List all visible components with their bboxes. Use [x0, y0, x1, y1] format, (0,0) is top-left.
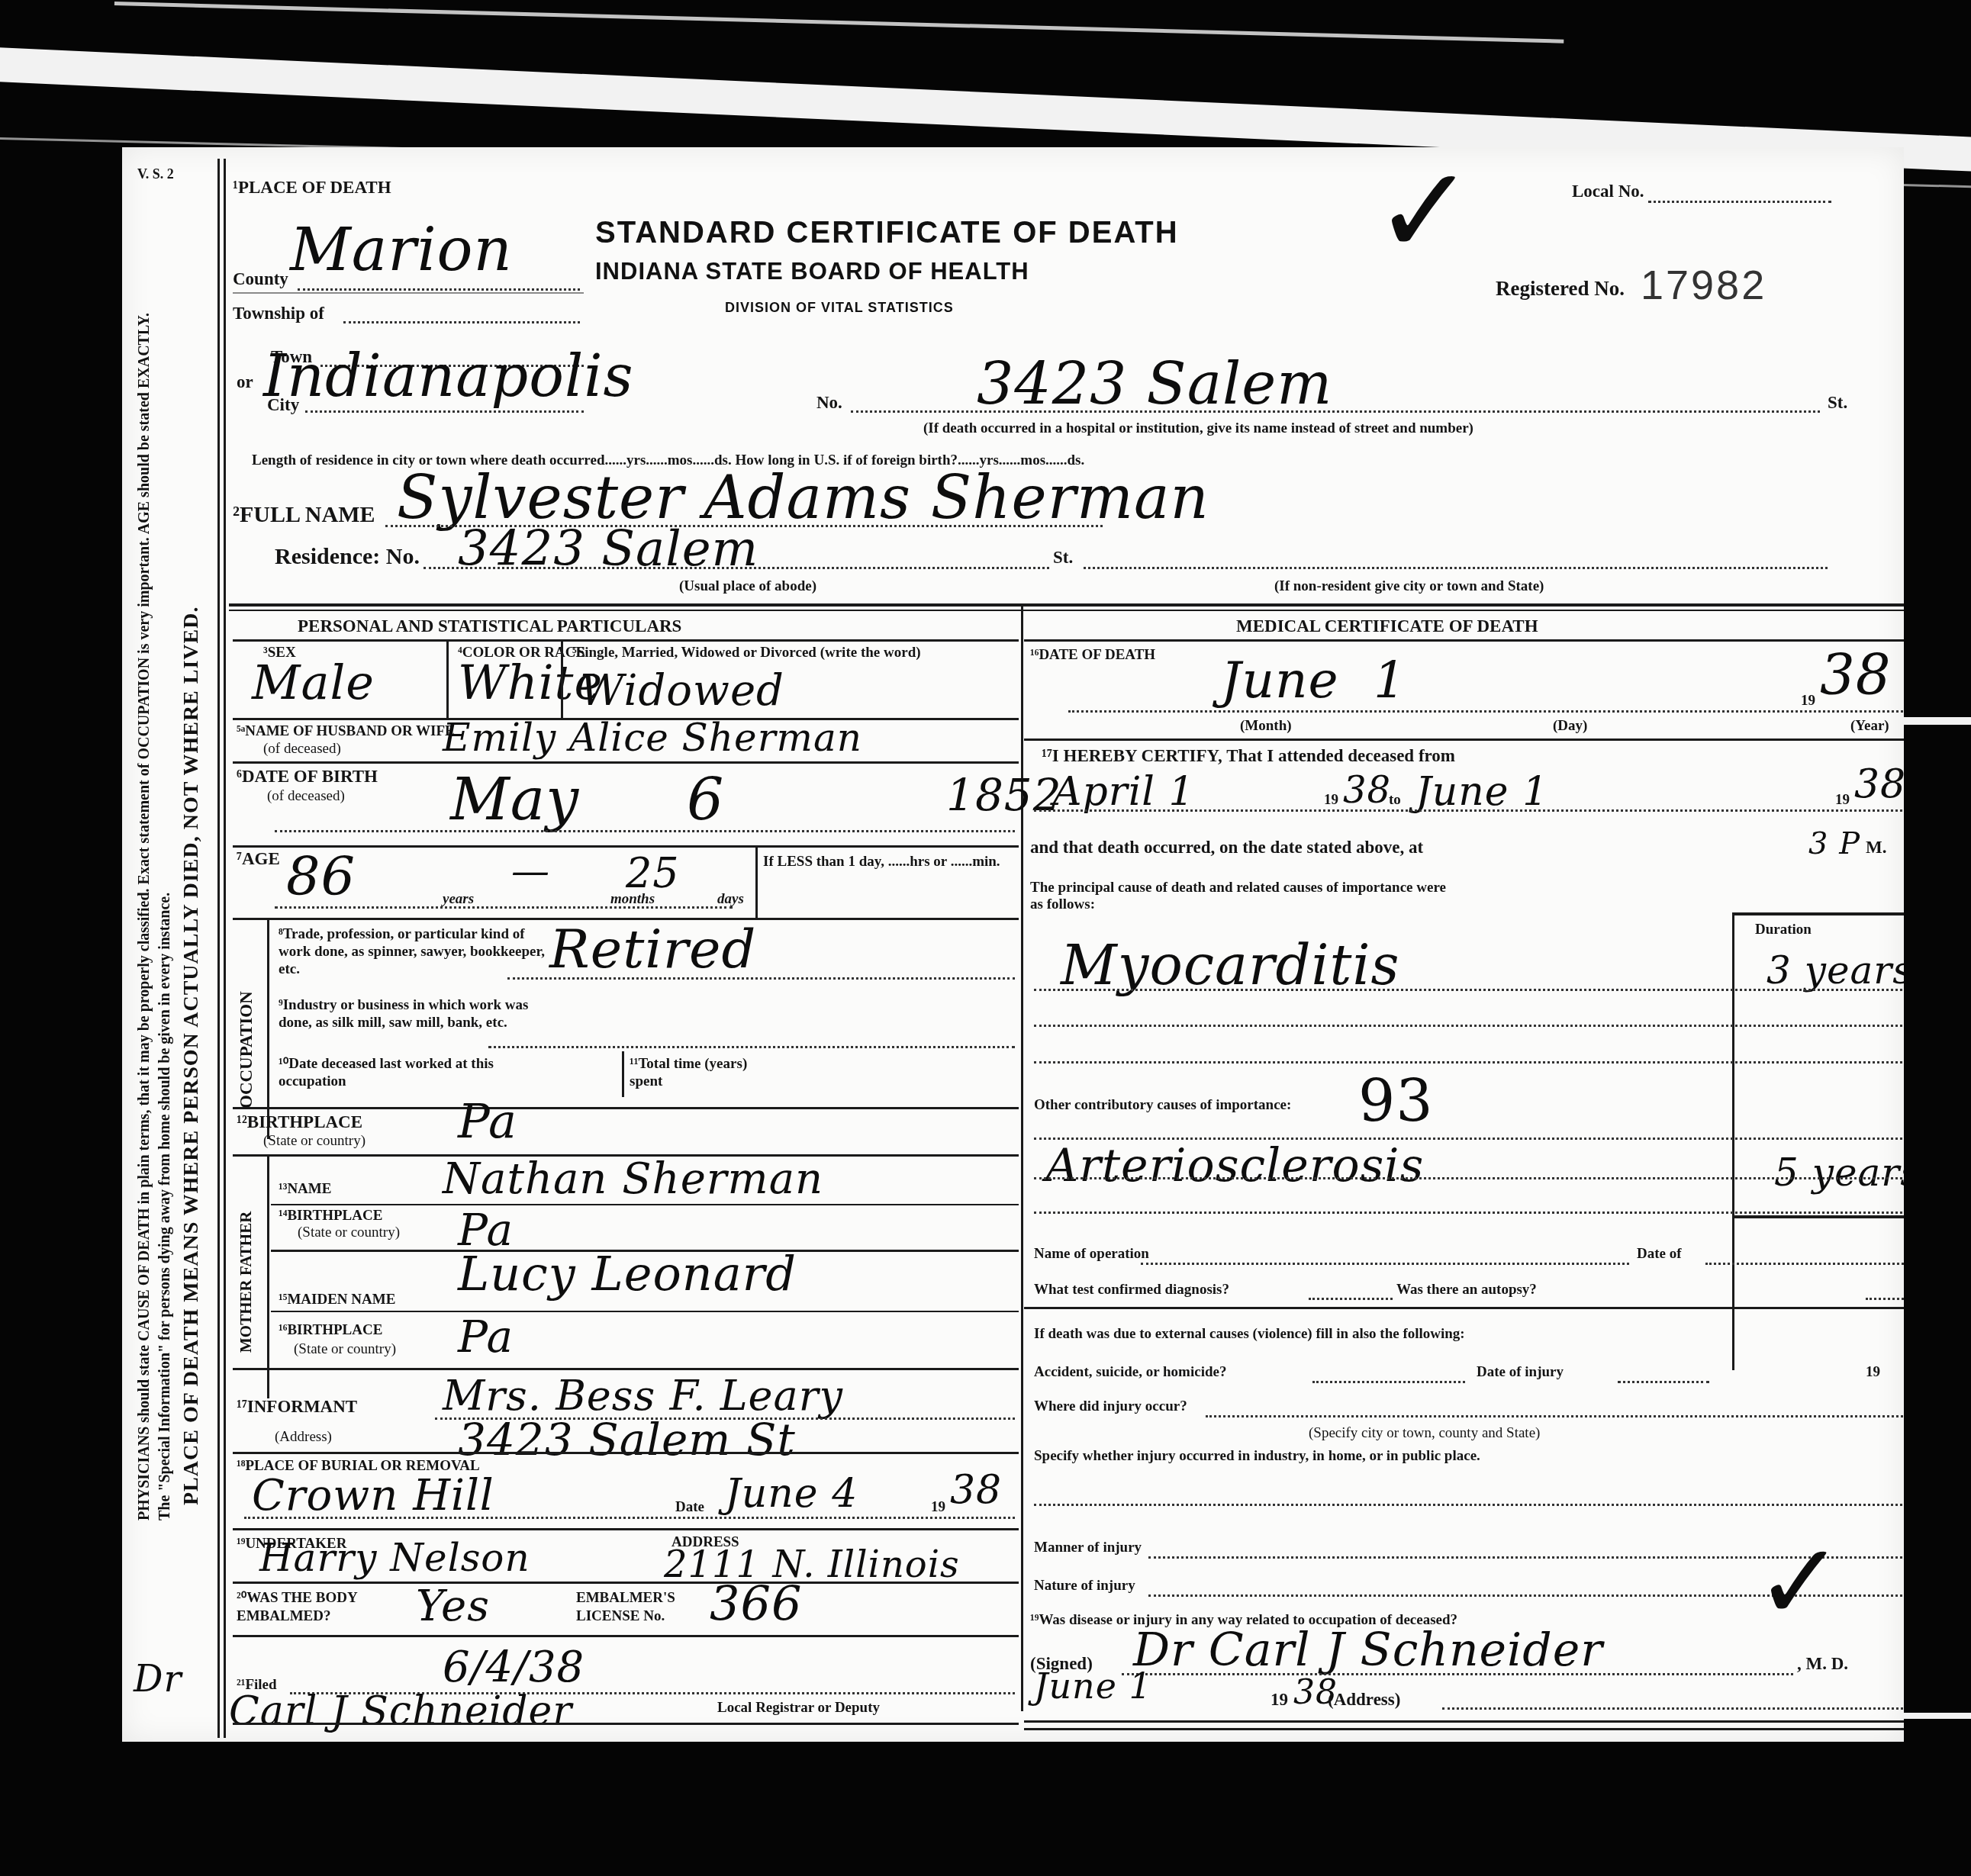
dob-year: 1852 [946, 769, 1062, 821]
sex-value: Male [252, 655, 375, 710]
attended-from-year: 38 [1343, 769, 1391, 812]
informant-label: ¹⁷INFORMANT [237, 1397, 357, 1417]
burial-date-label: Date [675, 1499, 704, 1516]
local-no-label: Local No. [1572, 182, 1644, 201]
divider [1732, 1215, 1904, 1218]
registered-no-value: 17982 [1641, 262, 1766, 309]
operation-label: Name of operation [1034, 1246, 1149, 1263]
embalmer-license-label: EMBALMER'S LICENSE No. [576, 1589, 729, 1626]
burial-value: Crown Hill [252, 1471, 494, 1520]
section-divider [229, 610, 1904, 611]
local-no-field [1648, 201, 1831, 203]
cause-line [1034, 1061, 1904, 1063]
township-field [343, 321, 580, 323]
age-years: 86 [286, 845, 356, 908]
attended-from: April 1 [1053, 769, 1195, 815]
parents-side-label: MOTHER FATHER [237, 1212, 256, 1353]
cause-line [1034, 1025, 1904, 1027]
attended-to: June 1 [1415, 769, 1548, 815]
divider [267, 918, 269, 1139]
certificate-title: STANDARD CERTIFICATE OF DEATH [595, 216, 1179, 250]
autopsy-field [1866, 1298, 1904, 1300]
mother-birthplace-label: ¹⁶BIRTHPLACE [279, 1322, 382, 1339]
physician-signature: Dr Carl J Schneider [1133, 1623, 1603, 1677]
signed-date: June 1 [1034, 1665, 1152, 1707]
dob-label: ⁶DATE OF BIRTH [237, 767, 378, 787]
trade-field [507, 977, 1015, 980]
mother-maiden-value: Lucy Leonard [458, 1246, 797, 1302]
md-label: , M. D. [1797, 1654, 1848, 1674]
autopsy-label: Was there an autopsy? [1396, 1282, 1537, 1298]
contributory-cause: Arteriosclerosis [1045, 1139, 1424, 1192]
death-time-suffix: M. [1866, 838, 1886, 858]
contributory-line [1034, 1177, 1904, 1179]
divider [755, 848, 758, 918]
divider [233, 639, 1019, 642]
filed-value: 6/4/38 [443, 1643, 585, 1692]
divider [233, 292, 584, 294]
injury-year-prefix: 19 [1866, 1364, 1880, 1381]
attended-to-year-prefix: 19 [1835, 792, 1850, 809]
mother-birthplace-sub: (State or country) [294, 1341, 396, 1358]
injury-date-label: Date of injury [1477, 1364, 1564, 1381]
divider [446, 642, 449, 718]
mother-birthplace-value: Pa [458, 1311, 514, 1363]
dob-sub-label: (of deceased) [267, 788, 345, 805]
divider [1732, 912, 1904, 915]
nature-label: Nature of injury [1034, 1578, 1135, 1594]
death-year: 38 [1820, 643, 1892, 707]
embalmed-label: ²⁰WAS THE BODY EMBALMED? [237, 1589, 389, 1626]
undertaker-address-value: 2111 N. Illinois [664, 1543, 960, 1586]
city-value: Indianapolis [263, 342, 634, 410]
scan-streak [114, 2, 1564, 43]
father-name-label: ¹³NAME [279, 1181, 331, 1198]
attended-from-year-prefix: 19 [1324, 792, 1338, 809]
divider [233, 1107, 1019, 1109]
contributory-duration: 5 years [1774, 1150, 1904, 1195]
spouse-value: Emily Alice Sherman [443, 716, 862, 760]
injury-date-field [1618, 1381, 1709, 1383]
address-label: (Address) [1328, 1690, 1400, 1710]
operation-date-field [1705, 1263, 1904, 1265]
divider [622, 1051, 624, 1097]
contributory-label: Other contributory causes of importance: [1034, 1097, 1291, 1114]
embalmed-value: Yes [416, 1582, 490, 1631]
burial-year-value: 38 [950, 1467, 1002, 1513]
death-time-label: and that death occurred, on the date sta… [1030, 838, 1423, 858]
birthplace-value: Pa [458, 1093, 517, 1149]
dob-month: May [450, 765, 579, 833]
industry-label: ⁹Industry or business in which work was … [279, 996, 553, 1031]
mother-maiden-label: ¹⁵MAIDEN NAME [279, 1292, 395, 1308]
years-label: years [443, 891, 474, 908]
year-label: (Year) [1850, 718, 1889, 735]
informant-address-label: (Address) [275, 1429, 332, 1446]
principal-cause: Myocarditis [1061, 933, 1399, 997]
age-days: 25 [626, 849, 680, 897]
death-month: June [1221, 651, 1339, 710]
total-time-label: ¹¹Total time (years) spent [630, 1055, 782, 1090]
divider [233, 761, 1019, 764]
test-field [1309, 1298, 1393, 1300]
divider [233, 1452, 1019, 1454]
margin-instructions-2: The "Special Information" for persons dy… [156, 254, 174, 1520]
undertaker-value: Harry Nelson [259, 1536, 530, 1580]
industry-home-field [1034, 1504, 1904, 1506]
industry-home-label: Specify whether injury occurred in indus… [1034, 1448, 1480, 1465]
principal-duration: 3 years [1766, 948, 1904, 993]
last-worked-label: ¹⁰Date deceased last worked at this occu… [279, 1055, 553, 1090]
form-code: V. S. 2 [137, 166, 174, 182]
divider [1024, 639, 1904, 642]
days-label: days [717, 891, 744, 908]
death-day: 1 [1374, 651, 1406, 710]
to-label: to [1389, 792, 1401, 809]
divider [271, 1311, 1019, 1312]
personal-section-title: PERSONAL AND STATISTICAL PARTICULARS [298, 616, 681, 636]
spouse-sub-label: (of deceased) [263, 741, 341, 758]
checkmark-icon: ✓ [1755, 1520, 1845, 1645]
street-st-label: St. [1828, 393, 1847, 413]
margin-instructions-1: PHYSICIANS should state CAUSE OF DEATH i… [136, 254, 153, 1520]
registrar-signature: Carl J Schneider [229, 1688, 572, 1734]
certify-label: ¹⁷I HEREBY CERTIFY, That I attended dece… [1042, 746, 1455, 766]
marital-value: Widowed [580, 666, 784, 716]
non-resident-note: (If non-resident give city or town and S… [1274, 578, 1544, 595]
birthplace-sub-label: (State or country) [263, 1133, 366, 1150]
duration-column-divider [1732, 912, 1734, 1370]
township-label: Township of [233, 304, 324, 323]
street-no-label: No. [816, 393, 842, 413]
day-label: (Day) [1553, 718, 1587, 735]
burial-year-prefix: 19 [931, 1499, 945, 1516]
residence-label: Residence: No. [275, 544, 420, 570]
divider [1024, 1728, 1904, 1730]
address-field [1442, 1707, 1904, 1710]
checkmark-icon: ✓ [1374, 147, 1477, 282]
street-value: 3423 Salem [977, 349, 1332, 417]
medical-section-title: MEDICAL CERTIFICATE OF DEATH [1236, 616, 1538, 636]
father-birthplace-sub: (State or country) [298, 1224, 400, 1241]
attended-field [1034, 809, 1904, 812]
divider [233, 1635, 1019, 1637]
month-label: (Month) [1240, 718, 1292, 735]
birthplace-label: ¹²BIRTHPLACE [237, 1112, 362, 1132]
divider [561, 642, 563, 718]
county-value: Marion [290, 216, 513, 285]
age-field [275, 906, 733, 909]
street-field [851, 410, 1820, 413]
residence-st-label: St. [1053, 548, 1073, 568]
or-label: or [237, 372, 253, 392]
contributory-line [1034, 1212, 1904, 1214]
county-field [298, 288, 580, 291]
duration-label: Duration [1755, 922, 1812, 938]
place-of-death-label: ¹PLACE OF DEATH [233, 178, 391, 198]
usual-abode-note: (Usual place of abode) [679, 578, 816, 595]
attended-to-year: 38 [1854, 761, 1904, 807]
margin-signature-prefix: Dr [134, 1658, 182, 1701]
spouse-label: ⁵ᵃNAME OF HUSBAND OR WIFE [237, 723, 455, 740]
informant-address-value: 3423 Salem St [458, 1414, 796, 1466]
where-label: Where did injury occur? [1034, 1398, 1187, 1415]
dob-field [275, 830, 1015, 832]
county-label: County [233, 269, 288, 289]
code-mark: 93 [1358, 1067, 1434, 1134]
signed-year-prefix: 19 [1271, 1690, 1288, 1710]
test-label: What test confirmed diagnosis? [1034, 1282, 1229, 1298]
divider [271, 1204, 1019, 1205]
age-label: ⁷AGE [237, 849, 280, 869]
operation-date-label: Date of [1637, 1246, 1682, 1263]
divider [1024, 1720, 1904, 1723]
frame-line [224, 159, 226, 1738]
occupation-side-label: OCCUPATION [237, 991, 256, 1109]
divider [233, 1723, 1019, 1725]
accident-field [1312, 1381, 1465, 1383]
city-field [305, 410, 584, 413]
cause-line [1034, 989, 1904, 991]
frame-line [217, 159, 220, 1738]
divider [1024, 1307, 1904, 1309]
divider [267, 1154, 269, 1398]
less-than-label: If LESS than 1 day, ......hrs or ......m… [763, 853, 1015, 870]
trade-label: ⁸Trade, profession, or particular kind o… [279, 925, 553, 978]
margin-notice: PLACE OF DEATH MEANS WHERE PERSON ACTUAL… [179, 607, 204, 1505]
manner-label: Manner of injury [1034, 1540, 1142, 1556]
operation-field [1141, 1263, 1629, 1265]
dob-day: 6 [687, 765, 724, 833]
burial-field [244, 1517, 1015, 1519]
informant-value: Mrs. Bess F. Leary [443, 1372, 843, 1420]
divider [233, 1582, 1019, 1584]
father-name-value: Nathan Sherman [443, 1154, 823, 1204]
embalmer-license-value: 366 [710, 1575, 802, 1631]
where-field [1206, 1415, 1904, 1417]
section-divider [229, 603, 1904, 607]
accident-label: Accident, suicide, or homicide? [1034, 1364, 1226, 1381]
death-year-prefix: 19 [1801, 693, 1815, 710]
registered-no-label: Registered No. [1496, 277, 1625, 301]
registrar-label: Local Registrar or Deputy [717, 1700, 880, 1717]
residence-field [424, 567, 1049, 569]
death-time-value: 3 P [1808, 826, 1860, 861]
where-note: (Specify city or town, county and State) [1309, 1425, 1540, 1442]
hospital-note: (If death occurred in a hospital or inst… [923, 420, 1473, 437]
marital-label: ⁵Single, Married, Widowed or Divorced (w… [572, 645, 1015, 661]
burial-date-value: June 4 [725, 1471, 858, 1517]
signature-field [1122, 1673, 1793, 1675]
divider [233, 1368, 1019, 1370]
industry-field [488, 1046, 1015, 1048]
date-of-death-field [1068, 710, 1904, 713]
non-resident-field [1084, 567, 1828, 569]
division-name: DIVISION OF VITAL STATISTICS [725, 300, 954, 316]
age-months: — [511, 849, 550, 893]
death-certificate: PHYSICIANS should state CAUSE OF DEATH i… [122, 147, 1904, 1742]
date-of-death-label: ¹⁶DATE OF DEATH [1030, 647, 1155, 664]
cause-intro: The principal cause of death and related… [1030, 880, 1457, 913]
trade-value: Retired [549, 918, 756, 980]
divider [233, 1528, 1019, 1530]
external-causes-label: If death was due to external causes (vio… [1034, 1326, 1465, 1343]
divider [1024, 738, 1904, 741]
full-name-label: ²FULL NAME [233, 502, 375, 528]
agency-name: INDIANA STATE BOARD OF HEALTH [595, 258, 1029, 285]
father-birthplace-label: ¹⁴BIRTHPLACE [279, 1208, 382, 1224]
